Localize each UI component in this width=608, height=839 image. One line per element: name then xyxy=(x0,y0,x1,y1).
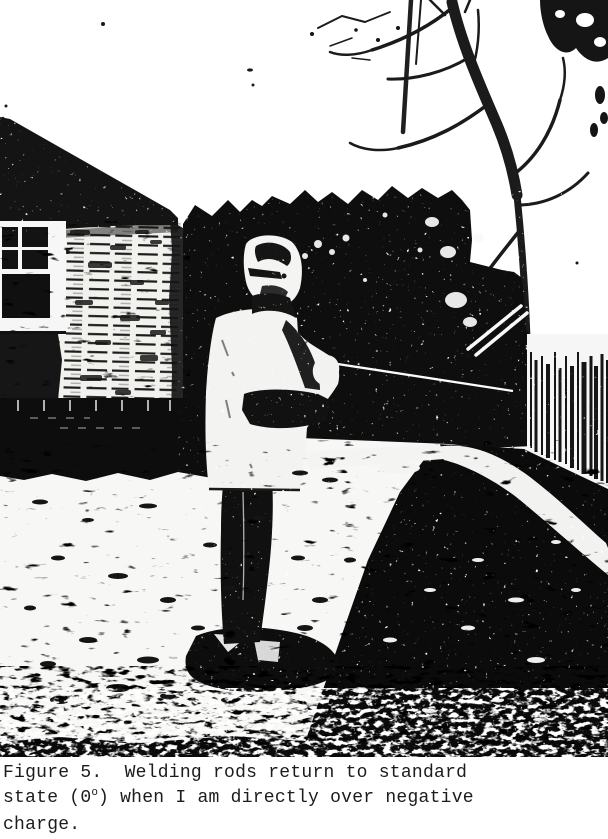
caption-line-3: charge. xyxy=(3,813,608,838)
caption-line-2-post: ) when I am directly over negative xyxy=(98,788,474,808)
caption-line-2: state (0o) when I am directly over negat… xyxy=(3,786,608,813)
scan-photo xyxy=(0,0,608,757)
dark-speckle xyxy=(178,182,608,757)
photo-caption: Figure 5. Welding rods return to standar… xyxy=(0,757,608,838)
caption-line-1: Figure 5. Welding rods return to standar… xyxy=(3,761,608,786)
roof-speckle xyxy=(0,117,180,232)
bottom-speckle xyxy=(0,688,608,757)
photo-canvas xyxy=(0,0,608,757)
figure-5: Figure 5. Welding rods return to standar… xyxy=(0,0,608,838)
caption-line-2-pre: state (0 xyxy=(3,788,91,808)
degree-superscript: o xyxy=(91,787,98,799)
siding-grime xyxy=(0,220,190,400)
